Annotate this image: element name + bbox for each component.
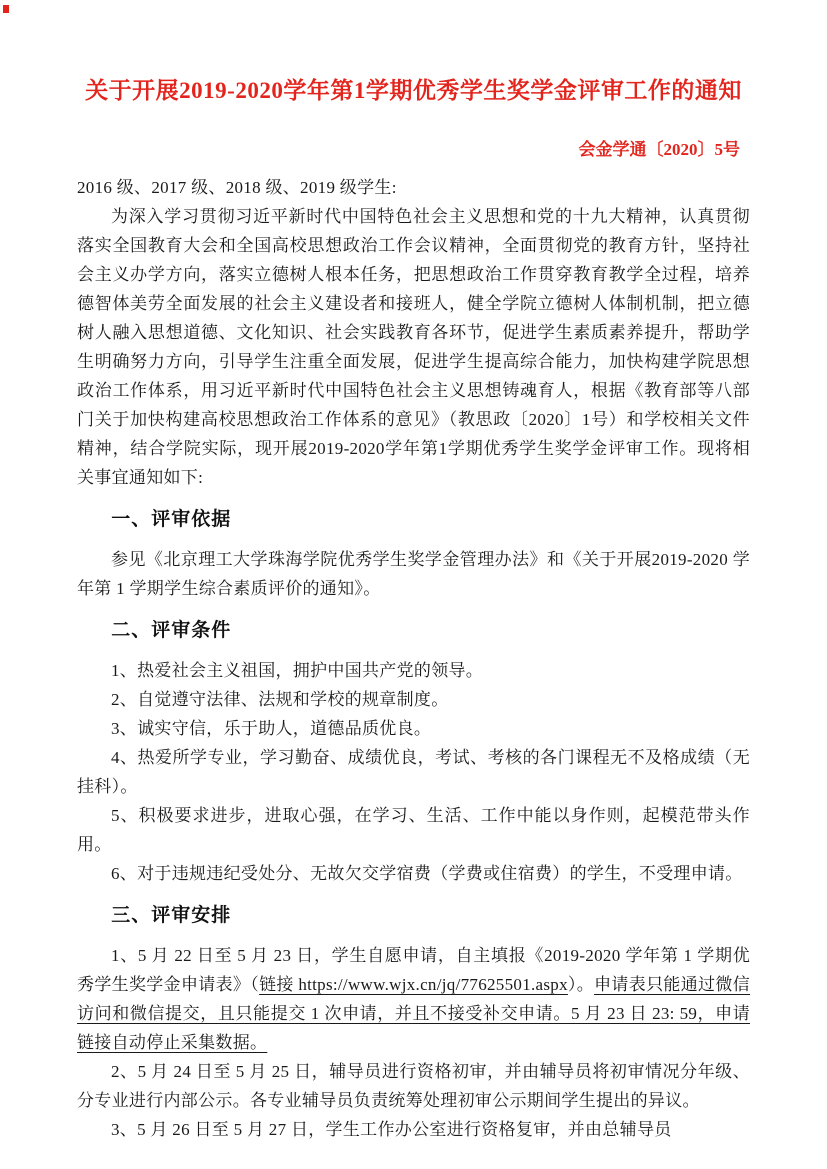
doc-number: 会金学通〔2020〕5号 <box>0 139 827 161</box>
arrangement-1-text-after-link: ）。 <box>568 975 594 994</box>
section-1-heading: 一、评审依据 <box>77 505 750 534</box>
section-2-heading: 二、评审条件 <box>77 616 750 645</box>
condition-item-3: 3、诚实守信，乐于助人，道德品质优良。 <box>77 714 750 743</box>
condition-item-4: 4、热爱所学专业，学习勤奋、成绩优良，考试、考核的各门课程无不及格成绩（无挂科）… <box>77 743 750 801</box>
red-corner-mark <box>3 5 9 13</box>
condition-item-2: 2、自觉遵守法律、法规和学校的规章制度。 <box>77 685 750 714</box>
document-page: 关于开展2019-2020学年第1学期优秀学生奖学金评审工作的通知 会金学通〔2… <box>0 0 827 1169</box>
arrangement-item-1: 1、5 月 22 日至 5 月 23 日，学生自愿申请，自主填报《2019-20… <box>77 941 750 1057</box>
notice-title: 关于开展2019-2020学年第1学期优秀学生奖学金评审工作的通知 <box>0 0 827 106</box>
condition-item-5: 5、积极要求进步，进取心强，在学习、生活、工作中能以身作则，起模范带头作用。 <box>77 801 750 859</box>
condition-item-1: 1、热爱社会主义祖国，拥护中国共产党的领导。 <box>77 656 750 685</box>
section-1-paragraph: 参见《北京理工大学珠海学院优秀学生奖学金管理办法》和《关于开展2019-2020… <box>77 545 750 603</box>
condition-item-6: 6、对于违规违纪受处分、无故欠交学宿费（学费或住宿费）的学生，不受理申请。 <box>77 859 750 888</box>
arrangement-item-3: 3、5 月 26 日至 5 月 27 日，学生工作办公室进行资格复审，并由总辅导… <box>77 1115 750 1144</box>
intro-paragraph: 为深入学习贯彻习近平新时代中国特色社会主义思想和党的十九大精神，认真贯彻落实全国… <box>77 202 750 492</box>
application-form-link[interactable]: 链接 https://www.wjx.cn/jq/77625501.aspx <box>259 975 568 994</box>
notice-body: 2016 级、2017 级、2018 级、2019 级学生: 为深入学习贯彻习近… <box>77 173 750 1144</box>
arrangement-item-2: 2、5 月 24 日至 5 月 25 日，辅导员进行资格初审，并由辅导员将初审情… <box>77 1057 750 1115</box>
section-3-heading: 三、评审安排 <box>77 901 750 930</box>
salutation-line: 2016 级、2017 级、2018 级、2019 级学生: <box>77 173 750 202</box>
